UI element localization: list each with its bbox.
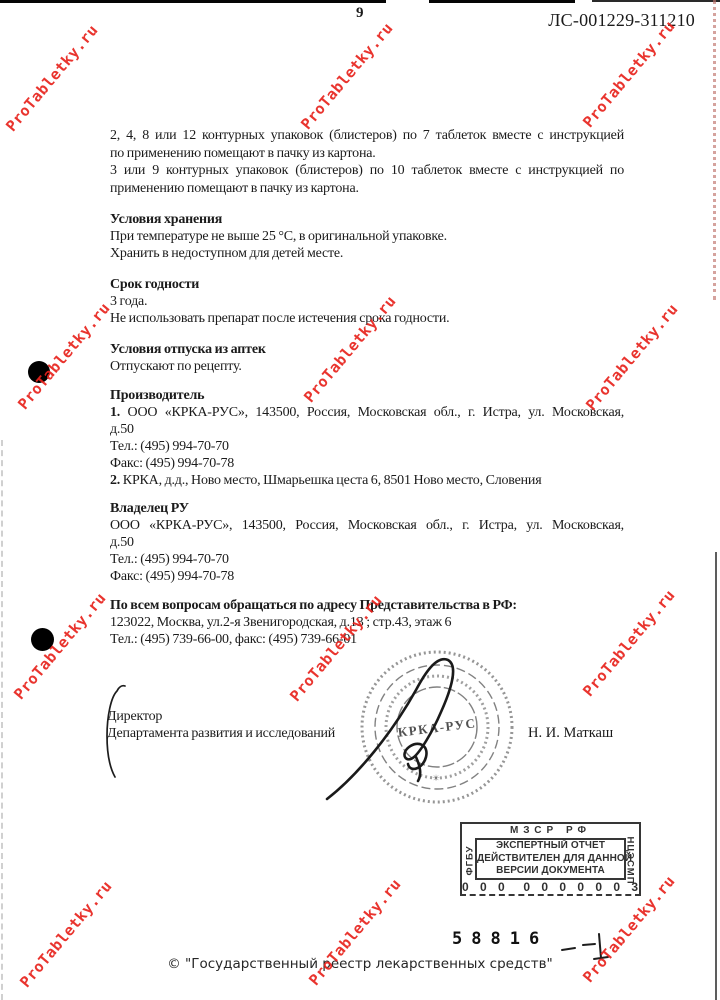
section-dispensing: Условия отпуска из аптекОтпускают по рец… [110, 341, 624, 375]
scan-edge-bar [429, 0, 575, 3]
text-line: 1. ООО «КРКА-РУС», 143500, Россия, Моско… [110, 404, 624, 421]
list-number: 1. [110, 405, 120, 420]
stamp-text-line: ВЕРСИИ ДОКУМЕНТА [477, 865, 624, 878]
section-packaging: 2, 4, 8 или 12 контурных упаковок (блист… [110, 127, 624, 197]
watermark-text: ProTabletky.ru [14, 299, 114, 413]
expert-report-stamp: МЗСР РФ ФГБУ НЦЭСМП ЭКСПЕРТНЫЙ ОТЧЕТДЕЙС… [460, 822, 641, 896]
text-line: Департамента развития и исследований [107, 725, 437, 742]
stamp-inner-box: ЭКСПЕРТНЫЙ ОТЧЕТДЕЙСТВИТЕЛЕН ДЛЯ ДАННОЙВ… [475, 838, 626, 880]
text-line: Тел.: (495) 994-70-70 [110, 438, 624, 455]
svg-text:✳: ✳ [432, 773, 440, 783]
stamp-digits: 0 0 0 0 0 0 0 0 0 3 [462, 880, 639, 894]
text-line: Директор [107, 708, 437, 725]
watermark-text: ProTabletky.ru [579, 17, 679, 131]
text-line: применению помещают в пачку из картона. [110, 180, 624, 198]
watermark-text: ProTabletky.ru [16, 877, 116, 991]
scan-edge-dashed-line [1, 440, 3, 1000]
footer-copyright: © "Государственный реестр лекарственных … [0, 956, 720, 972]
scan-edge-bar [592, 0, 720, 2]
text-line: При температуре не выше 25 °С, в оригина… [110, 228, 624, 245]
watermark-text: ProTabletky.ru [297, 19, 397, 133]
section-signature-title: ДиректорДепартамента развития и исследов… [107, 708, 437, 742]
text-line: д.50 [110, 421, 624, 438]
text-line: Тел.: (495) 739-66-00, факс: (495) 739-6… [110, 631, 624, 648]
section-heading: Производитель [110, 387, 624, 404]
text-line: Не использовать препарат после истечения… [110, 310, 624, 327]
registration-number: ЛС-001229-311210 [548, 10, 695, 31]
text-line: д.50 [110, 534, 624, 551]
text-line: ООО «КРКА-РУС», 143500, Россия, Московск… [110, 517, 624, 534]
text-line: Хранить в недоступном для детей месте. [110, 245, 624, 262]
scan-edge-dotted-line [713, 0, 716, 300]
section-heading: Срок годности [110, 276, 624, 293]
scanned-document-page: 9 ЛС-001229-311210 2, 4, 8 или 12 контур… [0, 0, 720, 1000]
section-contact: По всем вопросам обращаться по адресу Пр… [110, 597, 624, 648]
stamp-text-line: ЭКСПЕРТНЫЙ ОТЧЕТ [477, 840, 624, 853]
text-line: 3 года. [110, 293, 624, 310]
text-line: Отпускают по рецепту. [110, 358, 624, 375]
text-line: 123022, Москва, ул.2-я Звенигородская, д… [110, 614, 624, 631]
text-line: 2, 4, 8 или 12 контурных упаковок (блист… [110, 127, 624, 145]
text-line: Факс: (495) 994-70-78 [110, 455, 624, 472]
watermark-text: ProTabletky.ru [2, 21, 102, 135]
scan-edge-line [715, 552, 717, 1000]
section-heading: Условия хранения [110, 211, 624, 228]
section-license-owner: Владелец РУООО «КРКА-РУС», 143500, Росси… [110, 500, 624, 585]
watermark-text: ProTabletky.ru [10, 589, 110, 703]
signer-name: Н. И. Маткаш [528, 725, 613, 742]
text-line: 3 или 9 контурных упаковок (блистеров) п… [110, 162, 624, 180]
section-manufacturer: Производитель1. ООО «КРКА-РУС», 143500, … [110, 387, 624, 489]
stamp-left-vertical-text: ФГБУ [465, 837, 476, 885]
section-heading: Условия отпуска из аптек [110, 341, 624, 358]
text-line: Тел.: (495) 994-70-70 [110, 551, 624, 568]
section-heading: Владелец РУ [110, 500, 624, 517]
list-number: 2. [110, 473, 120, 488]
section-shelf-life: Срок годности3 года.Не использовать преп… [110, 276, 624, 327]
section-heading: По всем вопросам обращаться по адресу Пр… [110, 597, 624, 614]
section-storage: Условия храненияПри температуре не выше … [110, 211, 624, 262]
text-line: 2. КРКА, д.д., Ново место, Шмарьешка цес… [110, 472, 624, 489]
hole-punch [31, 628, 54, 651]
text-line: Факс: (495) 994-70-78 [110, 568, 624, 585]
serial-number: 58816 [452, 929, 548, 949]
stamp-header: МЗСР РФ [462, 825, 639, 836]
hole-punch [28, 361, 50, 383]
scan-edge-bar [0, 0, 386, 3]
text-line: по применению помещают в пачку из картон… [110, 145, 624, 163]
stamp-text-line: ДЕЙСТВИТЕЛЕН ДЛЯ ДАННОЙ [477, 853, 624, 866]
